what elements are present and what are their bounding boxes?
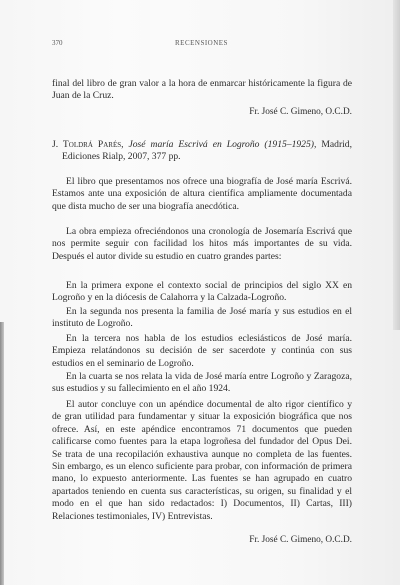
previous-review-signature: Fr. José C. Gimeno, O.C.D. <box>52 106 352 118</box>
running-header: 370 RECENSIONES <box>52 37 352 47</box>
previous-review-text: final del libro de gran valor a la hora … <box>52 78 352 103</box>
section-title: RECENSIONES <box>175 37 228 49</box>
review-paragraph-4: En la segunda nos presenta la familia de… <box>52 306 352 331</box>
paragraph-text: En la segunda nos presenta la familia de… <box>52 306 352 331</box>
review-paragraph-3: En la primera expone el contexto social … <box>52 280 352 305</box>
paragraph-text: La obra empieza ofreciéndonos una cronol… <box>52 226 352 263</box>
review-paragraph-2: La obra empieza ofreciéndonos una cronol… <box>52 226 352 263</box>
page-number: 370 <box>52 37 63 49</box>
citation-title: José maría Escrivá en Logroño (1915–1925… <box>129 139 317 150</box>
paragraph-text: El libro que presentamos nos ofrece una … <box>52 176 352 213</box>
review-paragraph-1: El libro que presentamos nos ofrece una … <box>52 176 352 213</box>
page-edge-shadow-right <box>393 0 400 330</box>
citation-author: J. Toldrá Parés, <box>52 139 124 150</box>
review-signature: Fr. José C. Gimeno, O.C.D. <box>52 534 352 546</box>
paragraph-text: En la cuarta se nos relata la vida de Jo… <box>52 371 352 396</box>
paragraph-text: En la tercera nos habla de los estudios … <box>52 333 352 370</box>
review-citation: J. Toldrá Parés, José maría Escrivá en L… <box>52 139 352 164</box>
paragraph-text: El autor concluye con un apéndice docume… <box>52 399 352 523</box>
previous-review-ending: final del libro de gran valor a la hora … <box>52 78 352 118</box>
page-edge-shadow-left <box>0 322 4 585</box>
review-paragraph-5: En la tercera nos habla de los estudios … <box>52 333 352 370</box>
review-paragraph-6: En la cuarta se nos relata la vida de Jo… <box>52 371 352 396</box>
paragraph-text: En la primera expone el contexto social … <box>52 280 352 305</box>
review-signature-block: Fr. José C. Gimeno, O.C.D. <box>52 534 352 546</box>
review-paragraph-7: El autor concluye con un apéndice docume… <box>52 399 352 523</box>
